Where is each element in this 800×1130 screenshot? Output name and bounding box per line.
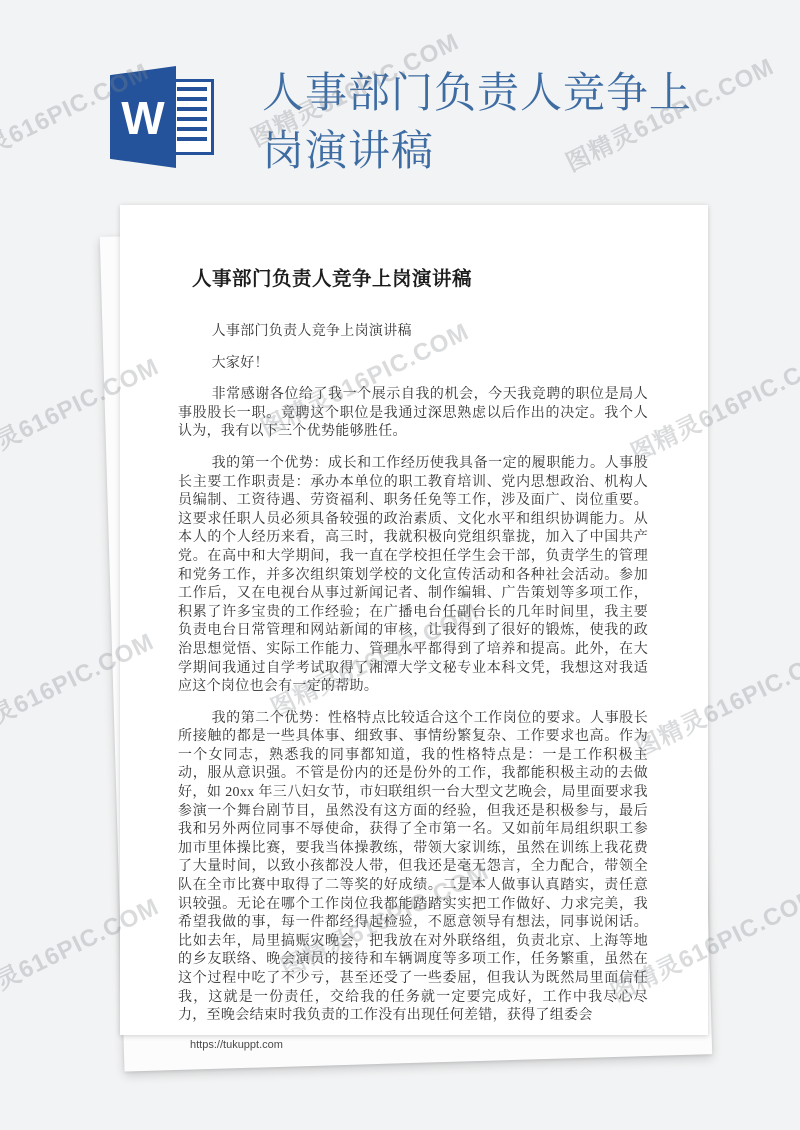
- document-subtitle: 人事部门负责人竞争上岗演讲稿: [178, 323, 648, 342]
- document-footer-url: https://tukuppt.com: [190, 1039, 648, 1051]
- page-title: 人事部门负责人竞争上岗演讲稿: [262, 64, 710, 180]
- document-preview-card: W 人事部门负责人竞争上岗演讲稿 人事部门负责人竞争上岗演讲稿 人事部门负责人竞…: [0, 0, 800, 1130]
- document-paragraph: 我的第二个优势：性格特点比较适合这个工作岗位的要求。人事股长所接触的都是一些具体…: [178, 710, 648, 1026]
- header: W 人事部门负责人竞争上岗演讲稿: [0, 0, 800, 200]
- document-paragraph: 非常感谢各位给了我一个展示自我的机会，今天我竞聘的职位是局人事股股长一职。竞聘这…: [178, 386, 648, 442]
- word-document-icon: W: [110, 66, 218, 168]
- word-icon-text-lines: [177, 87, 207, 147]
- word-icon-letter: W: [121, 91, 164, 145]
- document-greeting: 大家好！: [178, 355, 648, 374]
- document-page: 人事部门负责人竞争上岗演讲稿 人事部门负责人竞争上岗演讲稿 大家好！ 非常感谢各…: [120, 205, 708, 1035]
- word-icon-sheet: [170, 79, 214, 155]
- document-paragraph: 我的第一个优势：成长和工作经历使我具备一定的履职能力。人事股长主要工作职责是：承…: [178, 455, 648, 697]
- word-icon-panel: W: [110, 66, 176, 168]
- document-title: 人事部门负责人竞争上岗演讲稿: [192, 267, 648, 293]
